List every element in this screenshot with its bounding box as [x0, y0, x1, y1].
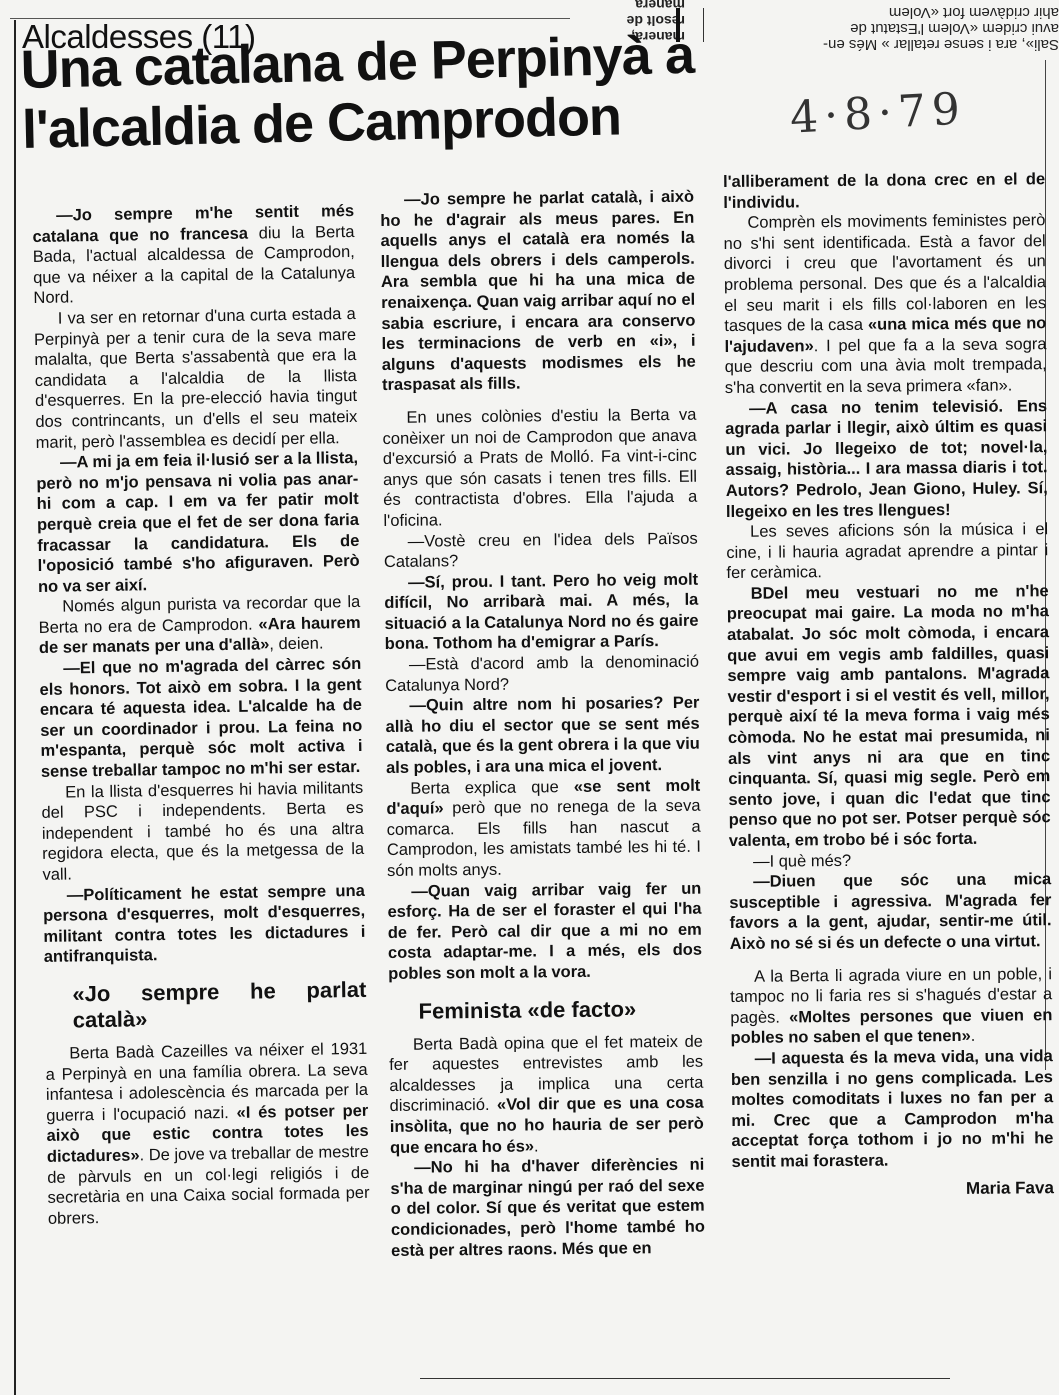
paragraph: —Jo sempre he parlat català, i això ho h…	[380, 187, 696, 396]
headline: Una catalana de Perpinyà a l'alcaldia de…	[20, 22, 823, 160]
paragraph: Berta Badà Cazeilles va néixer el 1931 a…	[45, 1039, 370, 1229]
quote-bold: —El que no m'agrada del càrrec són els h…	[39, 655, 362, 781]
paragraph: l'alliberament de la dona crec en el de …	[723, 169, 1045, 213]
paragraph: Només algun purista va recordar que la B…	[38, 592, 361, 659]
bleed-line: ahir cridàvem fort «Volem	[700, 4, 1059, 20]
paragraph: En la llista d'esquerres hi havia milita…	[41, 777, 365, 885]
paragraph: En unes colònies d'estiu la Berta va con…	[382, 405, 697, 532]
paragraph: —Sí, prou. I tant. Pero ho veig molt dif…	[384, 569, 699, 655]
quote-bold: —Sí, prou. I tant. Pero ho veig molt dif…	[384, 570, 698, 653]
paragraph: —El que no m'agrada del càrrec són els h…	[39, 654, 363, 783]
paragraph: —I què més?	[729, 849, 1051, 872]
paragraph: —Políticament he estat sempre una person…	[43, 880, 366, 967]
paragraph: —Jo sempre m'he sentit més catalana que …	[32, 201, 356, 309]
quote-bold: —Diuen que sóc una mica susceptible i ag…	[729, 870, 1051, 953]
paragraph: —I aquesta és la meva vida, una vida ben…	[731, 1046, 1054, 1172]
paragraph: BDel meu vestuari no me n'he preocupat m…	[727, 581, 1051, 852]
article-column-1: —Jo sempre m'he sentit més catalana que …	[32, 201, 370, 1229]
author-byline: Maria Fava	[732, 1178, 1054, 1201]
paragraph: —Està d'acord amb la denominació Catalun…	[385, 652, 699, 696]
paragraph: —Quin altre nom hi posaries? Per allà ho…	[385, 693, 700, 779]
article-column-3: l'alliberament de la dona crec en el de …	[723, 169, 1054, 1201]
quote-bold: BDel meu vestuari no me n'he preocupat m…	[727, 582, 1051, 850]
subheading: Feminista «de facto»	[388, 995, 702, 1024]
paragraph: Berta Badà opina que el fet mateix de fe…	[389, 1031, 704, 1158]
paragraph: —Vostè creu en l'idea dels Països Catala…	[384, 528, 698, 572]
clipping-border-bottom	[420, 1378, 950, 1379]
quote-bold: —Quan vaig arribar vaig fer un esforç. H…	[387, 879, 702, 983]
paragraph: Comprèn els moviments feministes però no…	[723, 210, 1047, 398]
quote-bold: —A mi ja em feia il·lusió ser a la llist…	[36, 449, 360, 596]
subheading: «Jo sempre he parlat català»	[44, 977, 367, 1034]
quote-bold: —No hi ha d'haver diferències ni s'ha de…	[390, 1156, 705, 1260]
paragraph: —Diuen que sóc una mica susceptible i ag…	[729, 869, 1052, 954]
text: .	[534, 1137, 539, 1155]
quote-bold: l'alliberament de la dona crec en el de …	[723, 170, 1045, 211]
quote-bold: —A casa no tenim televisió. Ens agrada p…	[725, 397, 1048, 521]
quote-bold: —Quin altre nom hi posaries? Per allà ho…	[386, 694, 700, 777]
clipping-border-left	[14, 20, 16, 1395]
paragraph: —Quan vaig arribar vaig fer un esforç. H…	[387, 878, 702, 984]
paragraph: Les seves aficions són la música i el ci…	[726, 519, 1049, 584]
paragraph: —A casa no tenim televisió. Ens agrada p…	[725, 396, 1048, 522]
quote-bold: —Políticament he estat sempre una person…	[43, 881, 366, 966]
handwritten-date: 4·8·79	[789, 83, 967, 143]
paragraph: —No hi ha d'haver diferències ni s'ha de…	[390, 1155, 705, 1261]
article-column-2: —Jo sempre he parlat català, i això ho h…	[380, 187, 705, 1261]
text: .	[971, 1027, 976, 1045]
paragraph: A la Berta li agrada viure en un poble, …	[730, 964, 1053, 1049]
paragraph: —A mi ja em feia il·lusió ser a la llist…	[36, 448, 360, 597]
paragraph: I va ser en retornar d'una curta estada …	[34, 304, 358, 453]
quote-bold: —Jo sempre he parlat català, i això ho h…	[380, 188, 696, 395]
text: Berta explica que	[410, 778, 574, 798]
text: , deien.	[269, 635, 323, 654]
quote-bold: —I aquesta és la meva vida, una vida ben…	[731, 1047, 1054, 1171]
paragraph: Berta explica que «se sent molt d'aquí» …	[386, 775, 701, 881]
